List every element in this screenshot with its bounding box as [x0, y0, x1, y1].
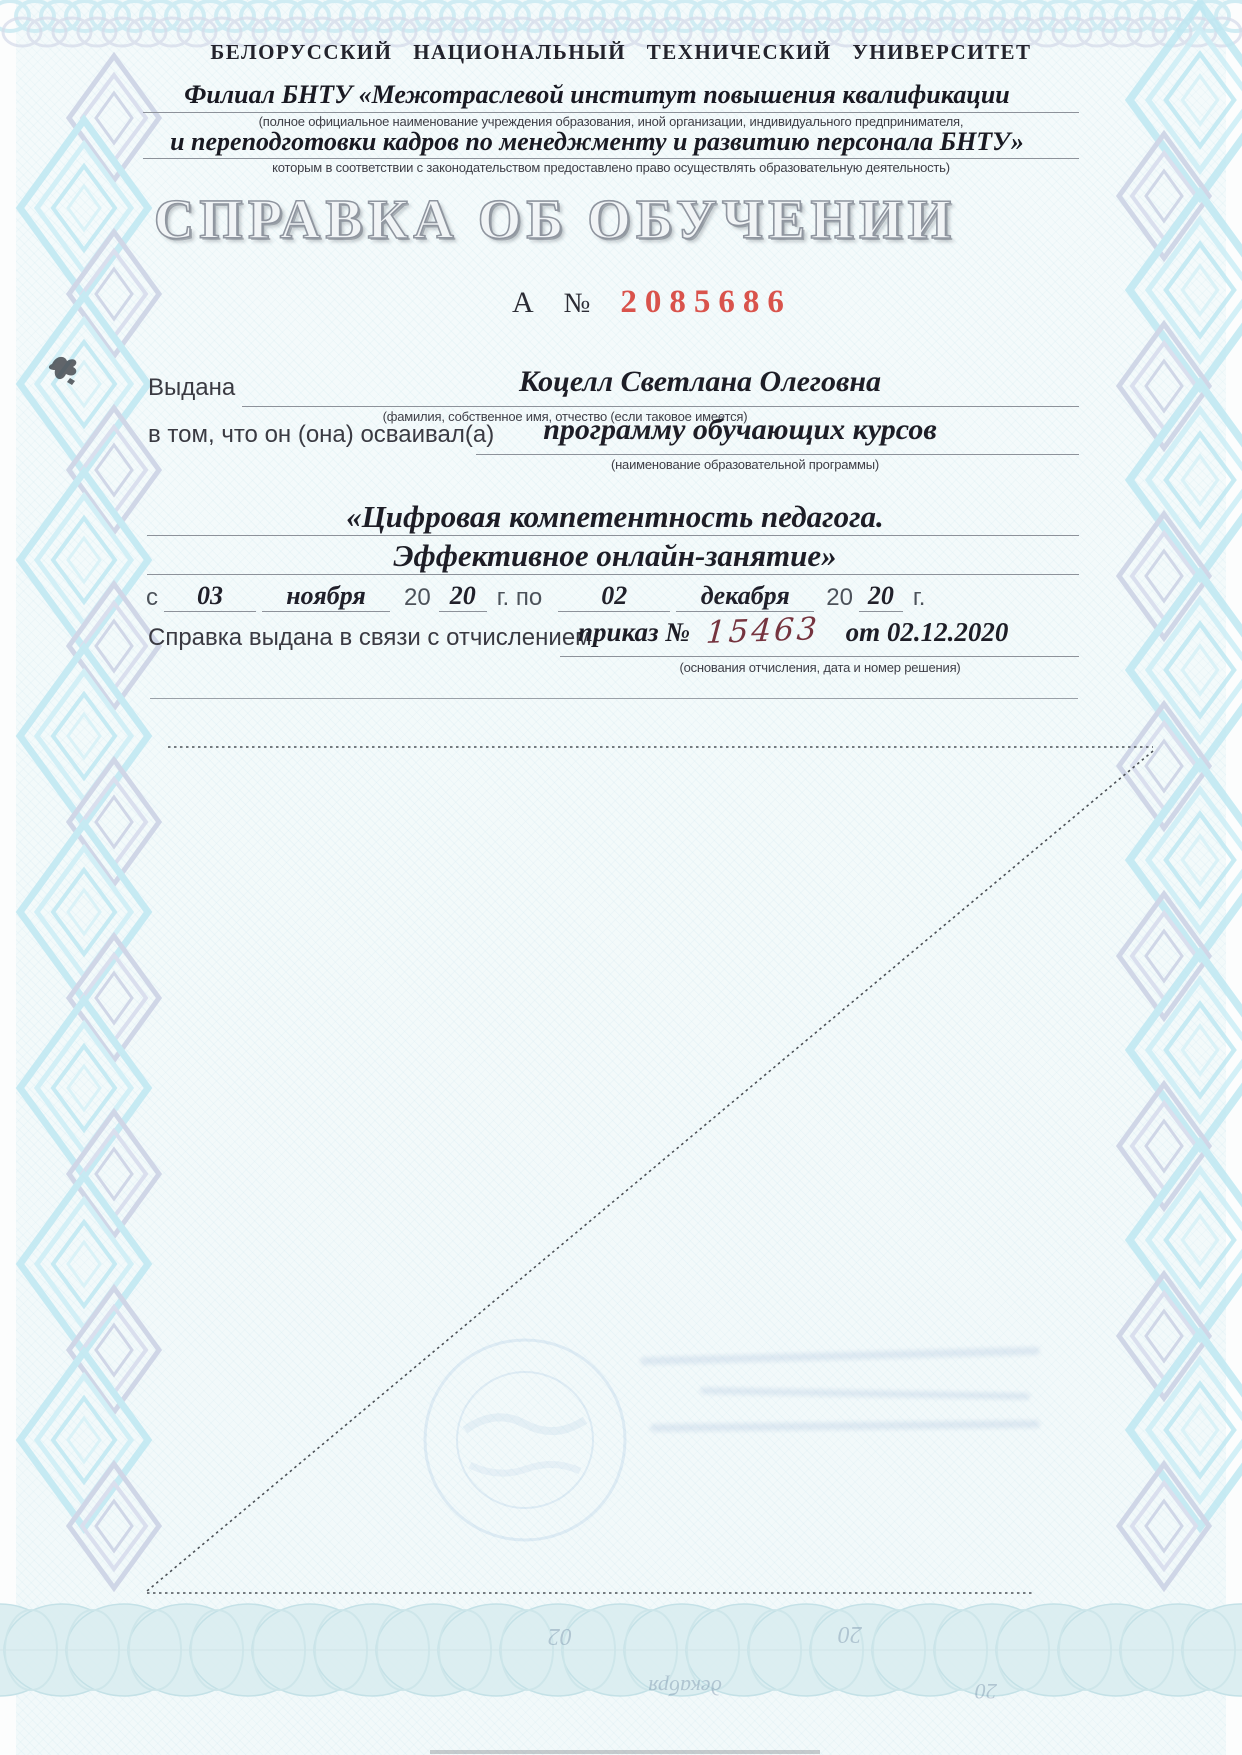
stamp-ghost	[395, 1310, 655, 1570]
certificate-page: 02 декабря 20 20 БЕЛОРУССКИЙ НАЦИОНАЛЬНЫ…	[0, 0, 1242, 1755]
scan-edge-artifact	[430, 1750, 820, 1754]
